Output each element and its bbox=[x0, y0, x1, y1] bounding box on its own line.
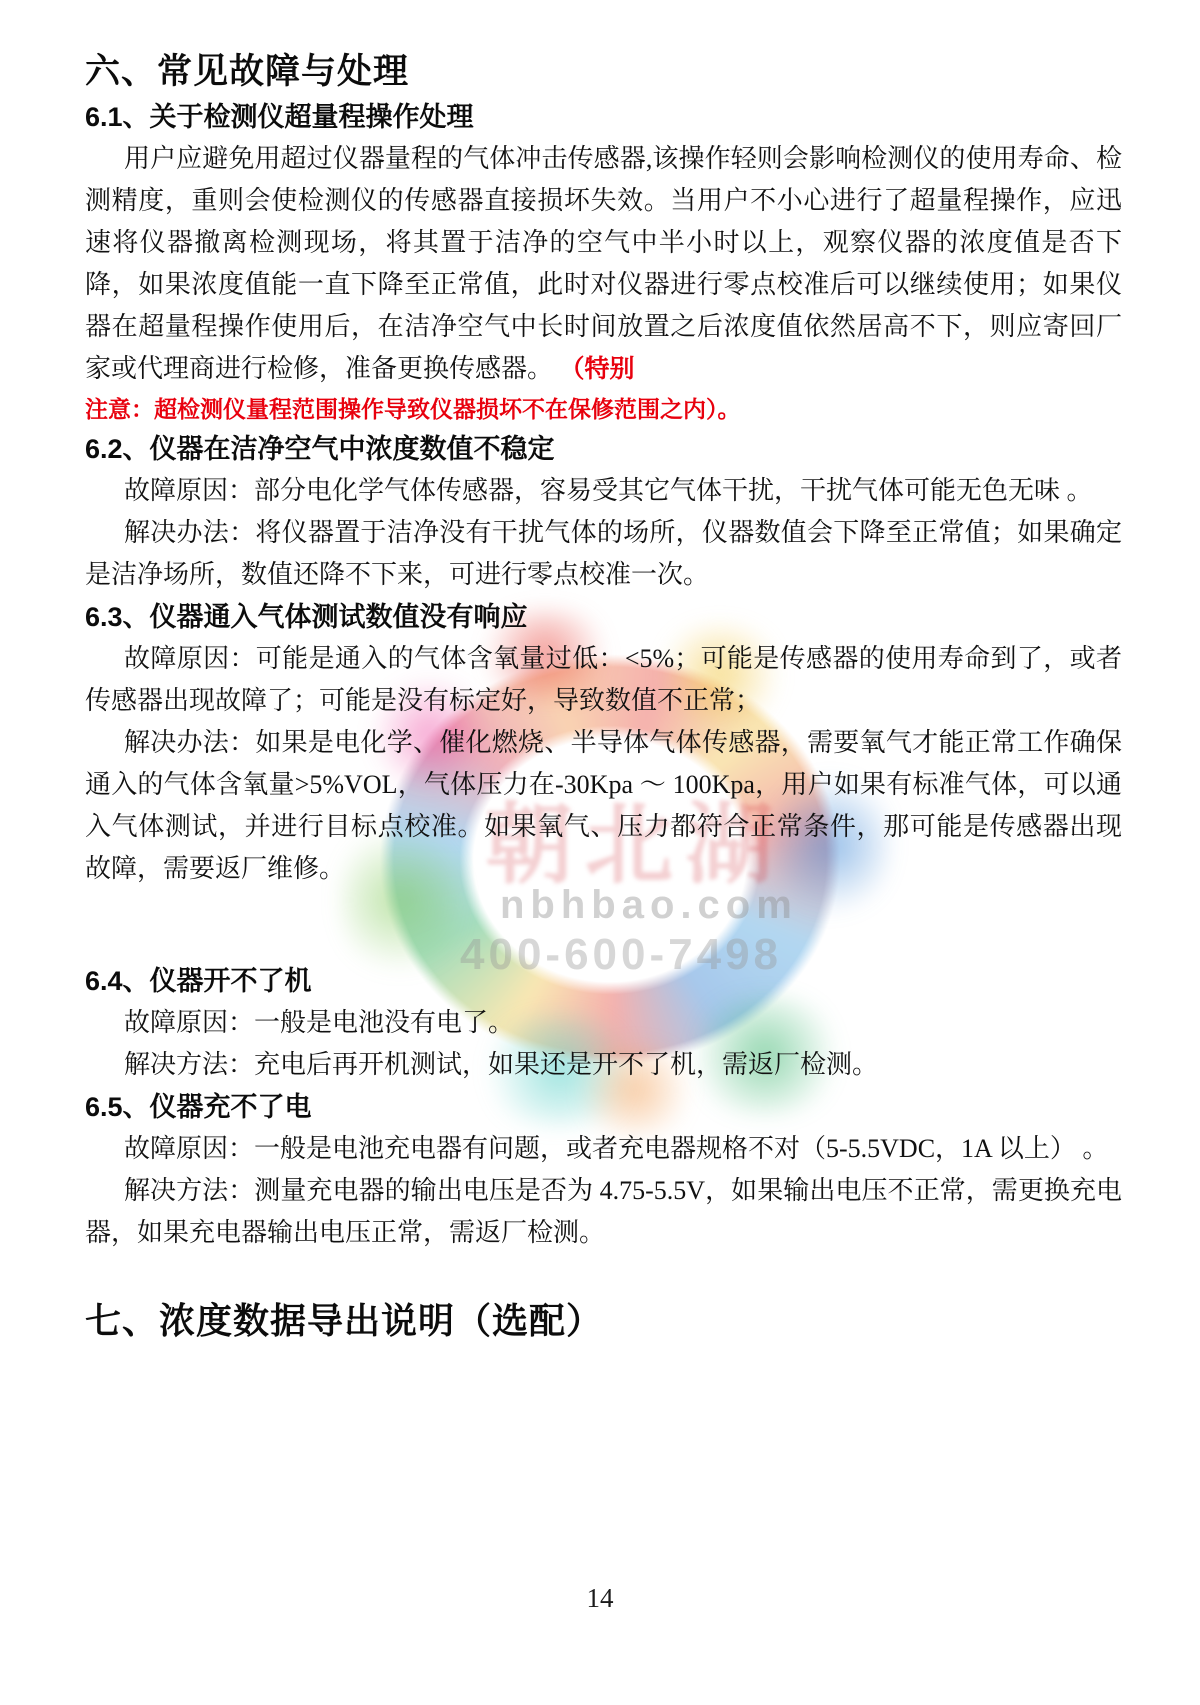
section-6-3-solution: 解决办法：如果是电化学、催化燃烧、半导体气体传感器，需要氧气才能正常工作确保通入… bbox=[85, 722, 1122, 890]
section-6-3-cause: 故障原因：可能是通入的气体含氧量过低：<5%；可能是传感器的使用寿命到了，或者传… bbox=[85, 638, 1122, 722]
section-6-1-body-text: 用户应避免用超过仪器量程的气体冲击传感器,该操作轻则会影响检测仪的使用寿命、检测… bbox=[85, 144, 1122, 383]
section-6-2-heading: 6.2、仪器在洁净空气中浓度数值不稳定 bbox=[85, 430, 1122, 468]
section-6-1-heading: 6.1、关于检测仪超量程操作处理 bbox=[85, 98, 1122, 136]
chapter-6-title: 六、常见故障与处理 bbox=[85, 52, 1122, 92]
vertical-gap bbox=[85, 890, 1122, 960]
section-6-1-warning-inline: （特别 bbox=[560, 355, 635, 383]
section-6-5-heading: 6.5、仪器充不了电 bbox=[85, 1088, 1122, 1126]
section-6-4-solution: 解决方法：充电后再开机测试，如果还是开不了机，需返厂检测。 bbox=[85, 1044, 1122, 1086]
section-6-1-warning-line: 注意：超检测仪量程范围操作导致仪器损坏不在保修范围之内）。 bbox=[85, 394, 1122, 424]
section-6-1-paragraph: 用户应避免用超过仪器量程的气体冲击传感器,该操作轻则会影响检测仪的使用寿命、检测… bbox=[85, 138, 1122, 390]
section-6-4-heading: 6.4、仪器开不了机 bbox=[85, 962, 1122, 1000]
section-6-2-cause: 故障原因：部分电化学气体传感器，容易受其它气体干扰，干扰气体可能无色无味 。 bbox=[85, 470, 1122, 512]
section-6-2-solution: 解决办法：将仪器置于洁净没有干扰气体的场所，仪器数值会下降至正常值；如果确定是洁… bbox=[85, 512, 1122, 596]
section-6-5-solution: 解决方法：测量充电器的输出电压是否为 4.75-5.5V，如果输出电压不正常，需… bbox=[85, 1170, 1122, 1254]
manual-page: 朝北湖 nbhbao.com 400-600-7498 六、常见故障与处理 6.… bbox=[0, 0, 1200, 1705]
section-6-3-heading: 6.3、仪器通入气体测试数值没有响应 bbox=[85, 598, 1122, 636]
section-6-4-cause: 故障原因：一般是电池没有电了。 bbox=[85, 1002, 1122, 1044]
page-number: 14 bbox=[0, 1583, 1200, 1614]
section-6-5-cause: 故障原因：一般是电池充电器有问题，或者充电器规格不对（5-5.5VDC，1A 以… bbox=[85, 1128, 1122, 1170]
document-content: 六、常见故障与处理 6.1、关于检测仪超量程操作处理 用户应避免用超过仪器量程的… bbox=[85, 52, 1122, 1343]
chapter-7-title: 七、浓度数据导出说明（选配） bbox=[85, 1299, 1122, 1343]
